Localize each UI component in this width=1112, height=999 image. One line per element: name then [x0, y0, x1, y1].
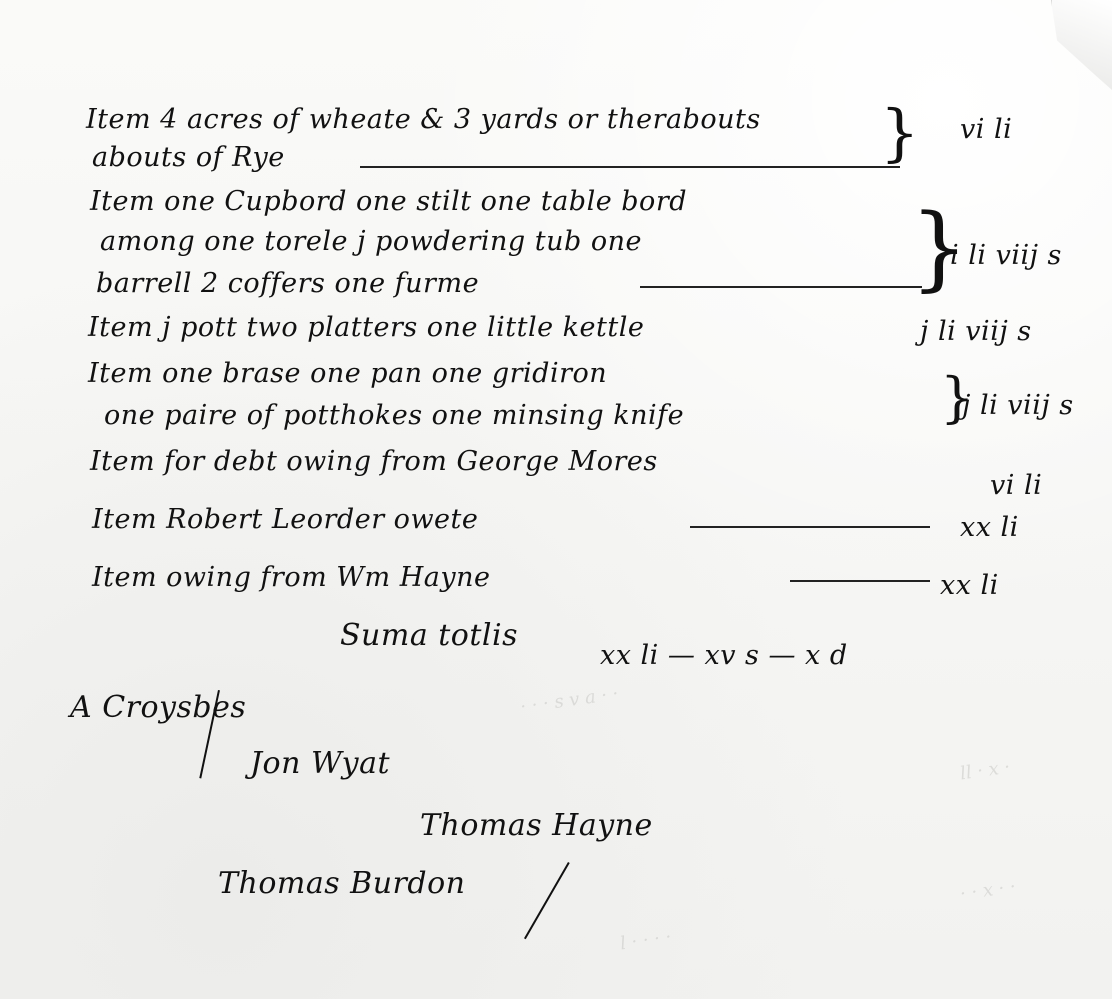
entry-4-line-1: Item one brase one pan one gridiron	[88, 358, 607, 389]
entry-4-line-2: one paire of potthokes one minsing knife	[104, 400, 684, 431]
entry-1-amount: vi li	[960, 114, 1012, 145]
entry-6-rule	[690, 526, 930, 528]
folded-corner	[1051, 0, 1112, 90]
signature-thomas-hayne: Thomas Hayne	[420, 808, 653, 843]
bleed-through-text: · · · s v a · ·	[519, 683, 620, 718]
pen-flourish	[524, 862, 570, 939]
entry-3-line-1: Item j pott two platters one little kett…	[88, 312, 644, 343]
entry-2-line-2: among one torele j powdering tub one	[100, 226, 642, 257]
entry-4-amount: j li viij s	[962, 390, 1074, 421]
total-label: Suma totlis	[340, 618, 518, 653]
entry-2-amount: i li viij s	[950, 240, 1062, 271]
entry-5-amount: vi li	[990, 470, 1042, 501]
entry-1-rule	[360, 166, 900, 168]
entry-7-line-1: Item owing from Wm Hayne	[92, 562, 490, 593]
entry-2-line-3: barrell 2 coffers one furme	[96, 268, 479, 299]
signature-wyat: Jon Wyat	[250, 746, 390, 781]
manuscript-page: · · · s v a · · ll · x · l · · · · · · x…	[0, 0, 1112, 999]
entry-5-line-1: Item for debt owing from George Mores	[90, 446, 658, 477]
entry-7-rule	[790, 580, 930, 582]
entry-2-rule	[640, 286, 922, 288]
signature-thomas-burdon: Thomas Burdon	[218, 866, 465, 901]
entry-1-line-1: Item 4 acres of wheate & 3 yards or ther…	[86, 104, 761, 135]
entry-3-amount: j li viij s	[920, 316, 1032, 347]
entry-2-line-1: Item one Cupbord one stilt one table bor…	[90, 186, 687, 217]
signature-croysbes: A Croysbes	[70, 690, 246, 725]
bleed-through-text: l · · · ·	[619, 927, 673, 955]
entry-6-line-1: Item Robert Leorder owete	[92, 504, 478, 535]
entry-1-brace: }	[880, 96, 919, 169]
entry-6-amount: xx li	[960, 512, 1019, 543]
bleed-through-text: · · x · ·	[959, 876, 1017, 905]
entry-1-line-2: abouts of Rye	[92, 142, 285, 173]
total-amount: xx li — xv s — x d	[600, 640, 848, 671]
bleed-through-text: ll · x ·	[959, 757, 1012, 785]
entry-7-amount: xx li	[940, 570, 999, 601]
